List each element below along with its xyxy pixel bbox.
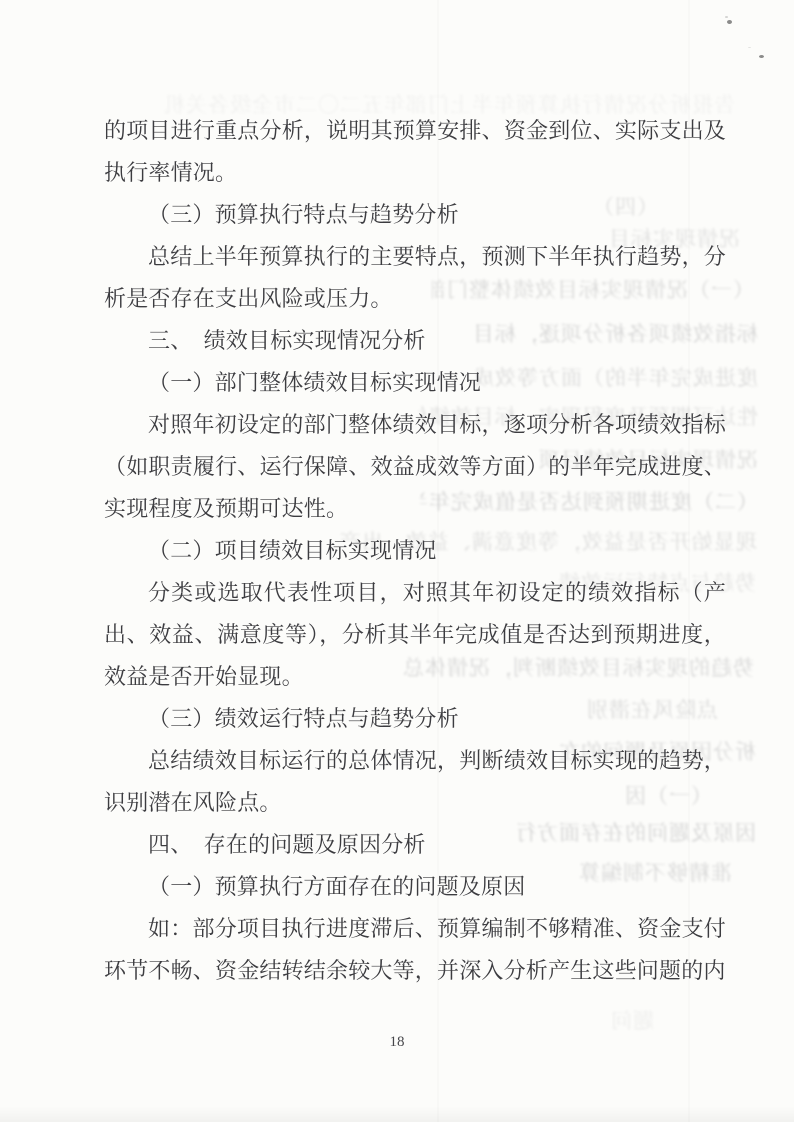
paragraph-continuation: 的项目进行重点分析，说明其预算安排、资金到位、实际支出及执行率情况。 xyxy=(104,110,726,194)
subheading: （三）绩效运行特点与趋势分析 xyxy=(104,698,726,740)
subheading: （一）部门整体绩效目标实现情况 xyxy=(104,362,726,404)
ink-speck xyxy=(759,55,764,58)
subheading: （二）项目绩效目标实现情况 xyxy=(104,530,726,572)
page-number: 18 xyxy=(0,1034,794,1051)
document-page: 告报析分况情行执算预年半上门部年五二〇二市全级各关机 （四） 况情现实标目 （一… xyxy=(0,0,794,1122)
paragraph: 总结绩效目标运行的总体情况，判断绩效目标实现的趋势，识别潜在风险点。 xyxy=(104,740,726,824)
scan-shadow xyxy=(0,1106,794,1122)
bleedthrough-text: 题问 xyxy=(576,1008,654,1035)
section-heading: 四、 存在的问题及原因分析 xyxy=(104,824,726,866)
section-heading: 三、 绩效目标实现情况分析 xyxy=(104,320,726,362)
subheading: （三）预算执行特点与趋势分析 xyxy=(104,194,726,236)
paragraph: 对照年初设定的部门整体绩效目标，逐项分析各项绩效指标（如职责履行、运行保障、效益… xyxy=(104,404,726,530)
subheading: （一）预算执行方面存在的问题及原因 xyxy=(104,866,726,908)
ink-speck xyxy=(727,20,732,24)
paragraph: 分类或选取代表性项目，对照其年初设定的绩效指标（产出、效益、满意度等），分析其半… xyxy=(104,572,726,698)
paragraph: 总结上半年预算执行的主要特点，预测下半年执行趋势，分析是否存在支出风险或压力。 xyxy=(104,236,726,320)
paragraph: 如：部分项目执行进度滞后、预算编制不够精准、资金支付环节不畅、资金结转结余较大等… xyxy=(104,908,726,992)
document-text: 的项目进行重点分析，说明其预算安排、资金到位、实际支出及执行率情况。 （三）预算… xyxy=(104,110,726,992)
